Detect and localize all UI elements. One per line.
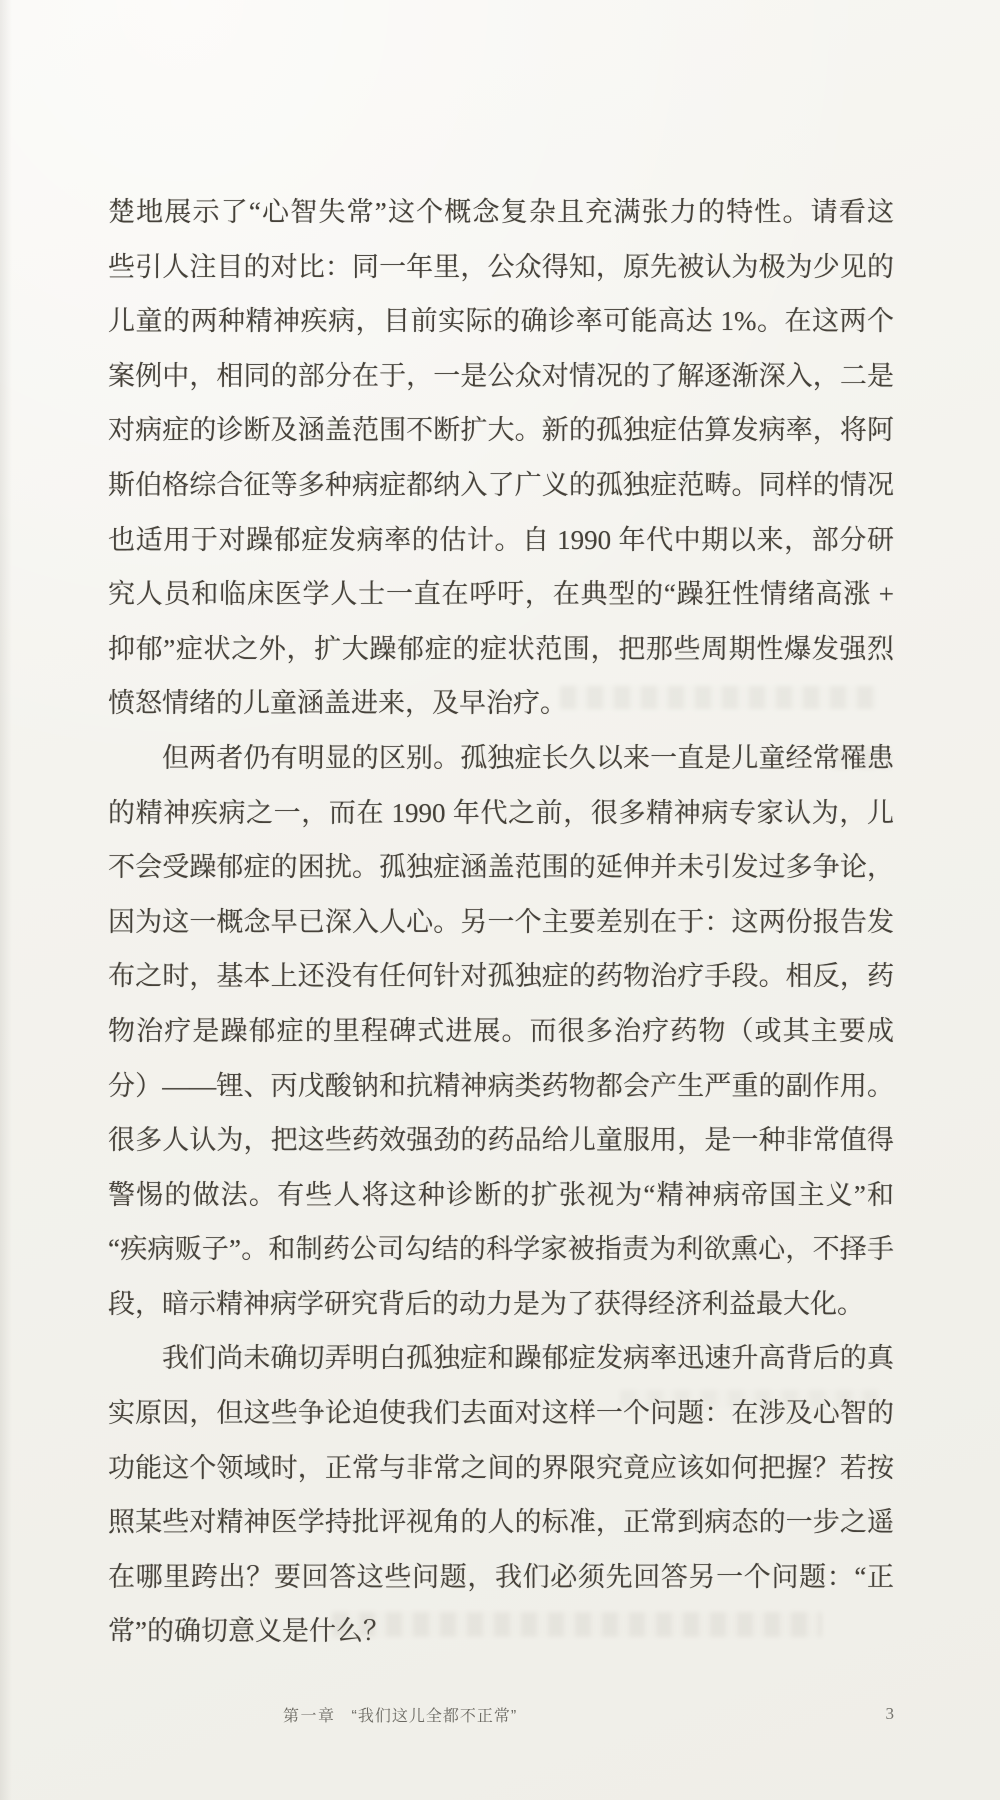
text-line: 常”的确切意义是什么？ <box>108 1604 894 1659</box>
text-line: 楚地展示了“心智失常”这个概念复杂且充满张力的特性。请看这 <box>108 185 894 240</box>
text-line: 对病症的诊断及涵盖范围不断扩大。新的孤独症估算发病率，将阿 <box>108 403 894 458</box>
text-line: 分）——锂、丙戊酸钠和抗精神病类药物都会产生严重的副作用。 <box>108 1059 894 1114</box>
text-line: 功能这个领域时，正常与非常之间的界限究竟应该如何把握？若按 <box>108 1441 894 1496</box>
text-line: 但两者仍有明显的区别。孤独症长久以来一直是儿童经常罹患 <box>108 731 894 786</box>
text-line: 在哪里跨出？要回答这些问题，我们必须先回答另一个问题：“正 <box>108 1550 894 1605</box>
text-line: 布之时，基本上还没有任何针对孤独症的药物治疗手段。相反，药 <box>108 949 894 1004</box>
page-edge-shading <box>0 0 12 1800</box>
text-line: 警惕的做法。有些人将这种诊断的扩张视为“精神病帝国主义”和 <box>108 1168 894 1223</box>
text-line: 案例中，相同的部分在于，一是公众对情况的了解逐渐深入，二是 <box>108 349 894 404</box>
text-block: 楚地展示了“心智失常”这个概念复杂且充满张力的特性。请看这些引人注目的对比：同一… <box>108 185 894 1659</box>
footer-page-number: 3 <box>886 1704 895 1724</box>
text-line: 段，暗示精神病学研究背后的动力是为了获得经济利益最大化。 <box>108 1277 894 1332</box>
footer-chapter-label: 第一章 <box>283 1703 336 1726</box>
footer-chapter-title: “我们这儿全都不正常” <box>352 1703 518 1726</box>
text-line: 愤怒情绪的儿童涵盖进来，及早治疗。 <box>108 676 894 731</box>
text-line: 不会受躁郁症的困扰。孤独症涵盖范围的延伸并未引发过多争论， <box>108 840 894 895</box>
text-line: “疾病贩子”。和制药公司勾结的科学家被指责为利欲熏心，不择手 <box>108 1222 894 1277</box>
text-line: 物治疗是躁郁症的里程碑式进展。而很多治疗药物（或其主要成 <box>108 1004 894 1059</box>
text-line: 儿童的两种精神疾病，目前实际的确诊率可能高达 1%。在这两个 <box>108 294 894 349</box>
text-line: 很多人认为，把这些药效强劲的药品给儿童服用，是一种非常值得 <box>108 1113 894 1168</box>
text-line: 斯伯格综合征等多种病症都纳入了广义的孤独症范畴。同样的情况 <box>108 458 894 513</box>
text-line: 究人员和临床医学人士一直在呼吁，在典型的“躁狂性情绪高涨 + <box>108 567 894 622</box>
text-line: 的精神疾病之一，而在 1990 年代之前，很多精神病专家认为，儿童 <box>108 786 894 841</box>
text-line: 因为这一概念早已深入人心。另一个主要差别在于：这两份报告发 <box>108 895 894 950</box>
text-line: 实原因，但这些争论迫使我们去面对这样一个问题：在涉及心智的 <box>108 1386 894 1441</box>
text-line: 抑郁”症状之外，扩大躁郁症的症状范围，把那些周期性爆发强烈 <box>108 622 894 677</box>
text-line: 也适用于对躁郁症发病率的估计。自 1990 年代中期以来，部分研 <box>108 513 894 568</box>
text-line: 照某些对精神医学持批评视角的人的标准，正常到病态的一步之遥 <box>108 1495 894 1550</box>
text-line: 些引人注目的对比：同一年里，公众得知，原先被认为极为少见的 <box>108 240 894 295</box>
text-line: 我们尚未确切弄明白孤独症和躁郁症发病率迅速升高背后的真 <box>108 1331 894 1386</box>
page-footer: 第一章 “我们这儿全都不正常” 3 <box>108 1700 894 1728</box>
book-page: 楚地展示了“心智失常”这个概念复杂且充满张力的特性。请看这些引人注目的对比：同一… <box>0 0 1000 1800</box>
